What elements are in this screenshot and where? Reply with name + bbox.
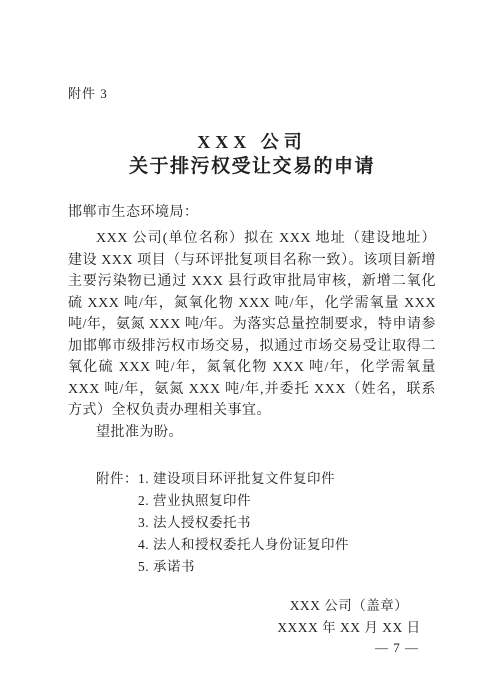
document-page: 附件 3 XXX 公司 关于排污权受让交易的申请 邯郸市生态环境局： XXX 公… xyxy=(0,0,495,698)
body-paragraph: XXX 公司(单位名称）拟在 XXX 地址（建设地址）建设 XXX 项目（与环评… xyxy=(68,228,436,422)
closing-line: 望批准为盼。 xyxy=(68,422,436,444)
signature-date-line: XXXX 年 XX 月 XX 日 xyxy=(253,617,445,639)
page-number: — 7 — xyxy=(375,640,419,656)
document-title-company: XXX 公司 xyxy=(68,130,436,154)
recipient-salutation: 邯郸市生态环境局： xyxy=(68,202,436,224)
attachments-list: 附件： 1. 建设项目环评批复文件复印件 2. 营业执照复印件 3. 法人授权委… xyxy=(96,468,436,578)
attachment-tag: 附件 3 xyxy=(68,86,436,102)
attachments-label: 附件： xyxy=(96,468,138,490)
signature-block: XXX 公司（盖章） XXXX 年 XX 月 XX 日 xyxy=(253,595,445,639)
attachments-items: 1. 建设项目环评批复文件复印件 2. 营业执照复印件 3. 法人授权委托书 4… xyxy=(138,468,349,578)
attachment-item-5: 5. 承诺书 xyxy=(138,556,349,578)
attachment-item-1: 1. 建设项目环评批复文件复印件 xyxy=(138,468,349,490)
document-title-subject: 关于排污权受让交易的申请 xyxy=(68,154,436,180)
attachment-item-4: 4. 法人和授权委托人身份证复印件 xyxy=(138,534,349,556)
attachment-item-2: 2. 营业执照复印件 xyxy=(138,490,349,512)
signature-company-line: XXX 公司（盖章） xyxy=(253,595,445,617)
attachment-item-3: 3. 法人授权委托书 xyxy=(138,512,349,534)
